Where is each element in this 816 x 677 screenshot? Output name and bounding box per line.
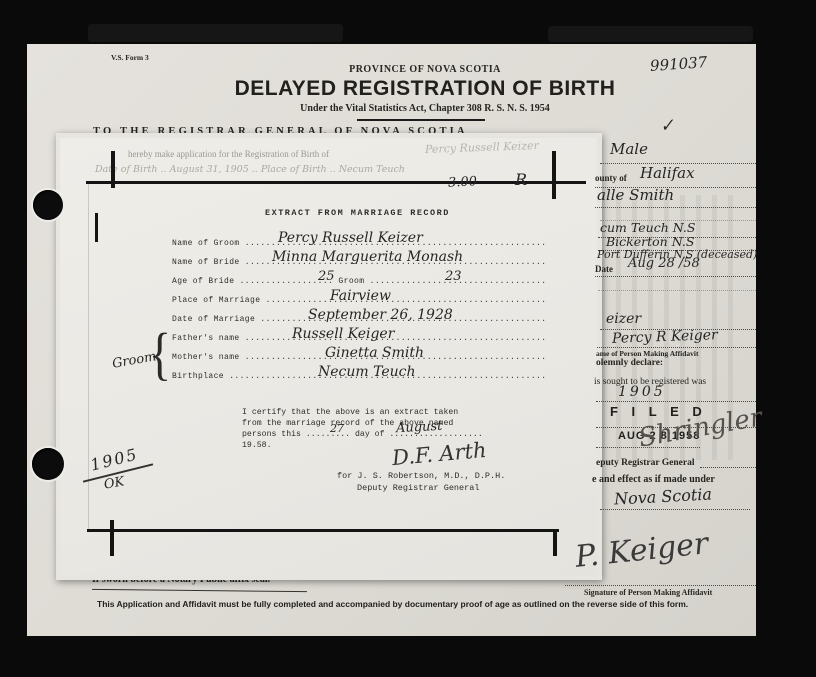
certify-month-handwritten: August bbox=[396, 419, 443, 436]
punch-hole bbox=[32, 448, 64, 480]
groom-name-handwritten: Percy Russell Keizer bbox=[278, 230, 423, 246]
certify-day-handwritten: 27 bbox=[330, 422, 344, 435]
mothers-name-handwritten: Ginetta Smith bbox=[325, 345, 424, 361]
form-number: V.S. Form 3 bbox=[111, 53, 149, 62]
brace-glyph: { bbox=[149, 320, 171, 387]
age-of-bride-handwritten: 25 bbox=[318, 269, 335, 284]
bickerton-line-handwritten: Bickerton N.S bbox=[606, 234, 694, 249]
certify-line-4: 19.58. bbox=[242, 441, 271, 450]
name-fragment-handwritten: eizer bbox=[606, 311, 641, 327]
county-handwritten: Halifax bbox=[640, 164, 695, 182]
crop-mark-bottom-left bbox=[110, 520, 114, 556]
dotted-line bbox=[598, 290, 756, 291]
certify-line-1: I certify that the above is an extract t… bbox=[242, 408, 458, 417]
deputy-caption: eputy Registrar General bbox=[596, 458, 695, 468]
certify-line-3: persons this ......... day of ..........… bbox=[242, 430, 483, 439]
fee-mark: R bbox=[515, 170, 527, 189]
birthplace-handwritten: Necum Teuch bbox=[318, 364, 416, 380]
dotted-line bbox=[600, 509, 750, 510]
ghost-birthdate-line: Date of Birth .. August 31, 1905 .. Plac… bbox=[95, 164, 405, 175]
year-handwritten: 1905 bbox=[618, 384, 666, 400]
crop-tick-left bbox=[95, 213, 98, 242]
photostat-edge bbox=[88, 183, 89, 530]
fathers-name-handwritten: Russell Keiger bbox=[292, 326, 394, 342]
sex-handwritten: Male bbox=[610, 140, 648, 158]
bride-name-handwritten: Minna Marguerita Monash bbox=[272, 249, 463, 265]
punch-hole bbox=[33, 190, 63, 220]
act-subtitle: Under the Vital Statistics Act, Chapter … bbox=[95, 103, 755, 114]
film-edge-artifact bbox=[548, 26, 753, 42]
dotted-line bbox=[595, 207, 756, 208]
dotted-line bbox=[700, 467, 756, 468]
dotted-line bbox=[595, 276, 756, 277]
form-title: DELAYED REGISTRATION OF BIRTH bbox=[95, 77, 755, 101]
row-ages: Age of Bride .................. Groom ..… bbox=[172, 277, 548, 286]
checkmark-handwritten: ✓ bbox=[659, 115, 676, 137]
film-edge-artifact bbox=[88, 24, 343, 42]
date-of-marriage-handwritten: September 26, 1928 bbox=[308, 307, 453, 323]
bottom-note: This Application and Affidavit must be f… bbox=[97, 599, 688, 609]
smith-line-handwritten: alle Smith bbox=[597, 186, 674, 204]
signature-caption: Signature of Person Making Affidavit bbox=[584, 588, 712, 597]
microfilm-scan: Certificate of Registration of Birth V.S… bbox=[0, 0, 816, 677]
crop-mark-top-right bbox=[552, 151, 556, 199]
date-label: Date bbox=[595, 264, 613, 274]
county-label: ounty of bbox=[595, 173, 627, 183]
age-of-groom-handwritten: 23 bbox=[445, 269, 462, 284]
crop-mark-bottom-right bbox=[553, 531, 557, 556]
place-of-marriage-handwritten: Fairview bbox=[330, 288, 391, 304]
affidavit-caption: ame of Person Making Affidavit bbox=[596, 349, 699, 358]
crop-mark-top-left bbox=[111, 151, 115, 188]
effect-line: e and effect as if made under bbox=[592, 474, 715, 485]
extract-heading: EXTRACT FROM MARRIAGE RECORD bbox=[265, 208, 450, 218]
dotted-line bbox=[597, 347, 756, 348]
fee-scribble: 3.00 bbox=[448, 174, 478, 190]
crop-mark-bottom bbox=[87, 529, 559, 532]
declare-line: olemnly declare: bbox=[596, 358, 663, 368]
necum-line-handwritten: cum Teuch N.S bbox=[600, 220, 695, 235]
date-handwritten: Aug 28 /58 bbox=[628, 256, 700, 271]
title-underline bbox=[357, 119, 485, 121]
crop-mark-top bbox=[86, 181, 586, 184]
ghost-application-line: hereby make application for the Registra… bbox=[128, 149, 329, 159]
deputy-registrar-line: Deputy Registrar General bbox=[357, 483, 479, 493]
dotted-line bbox=[565, 585, 756, 586]
dotted-line bbox=[596, 401, 756, 402]
for-robertson-line: for J. S. Robertson, M.D., D.P.H. bbox=[337, 471, 505, 481]
